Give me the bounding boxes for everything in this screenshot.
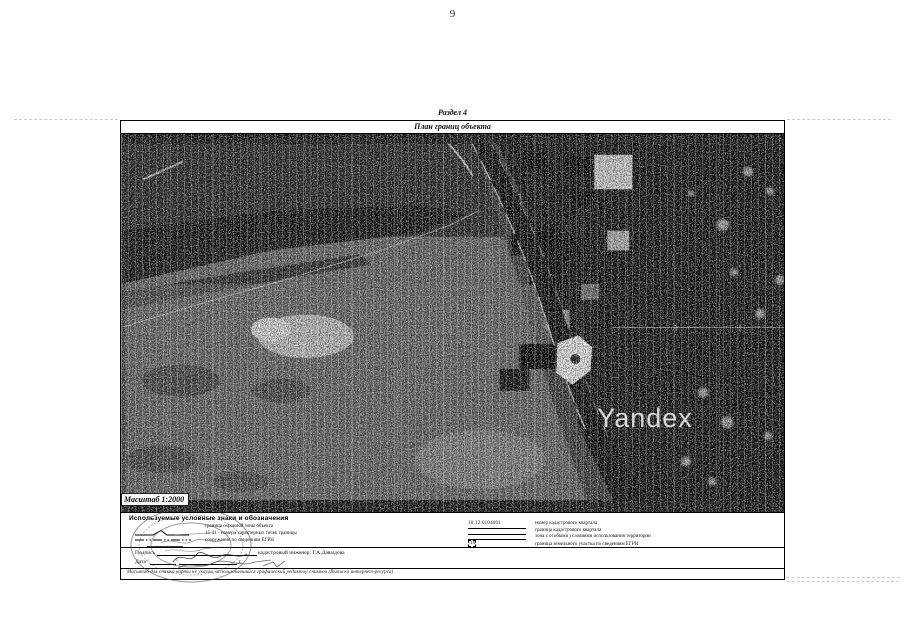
date-line: Дата "" г. [135,559,242,565]
page-number: 9 [0,8,905,20]
satellite-map: Yandex Масштаб 1:2000 [121,134,784,513]
date-blank [150,559,176,565]
divider [121,568,784,569]
legend: Используемые условные знаки и обозначени… [121,513,784,579]
cadastral-number-symbol: 10:12:0104001 [468,521,532,526]
date-blank [179,559,237,565]
footnote: Масштаб для снимка карты не указан, испо… [127,570,393,575]
divider [121,547,784,548]
legend-item-label: зона с особыми условиями использования т… [535,534,651,539]
signature-line: Подпись кадастровый инженер: Г.А.Давыдов… [135,550,345,556]
scan-artifact [787,581,899,582]
legend-item-label: сооружение по сведениям ЕГРН [205,538,274,543]
legend-item-label: граница кадастрового квартала [535,528,601,533]
legend-title: Используемые условные знаки и обозначени… [129,515,288,522]
plan-frame: Раздел 4 План границ объекта [120,107,785,580]
section-label: Раздел 4 [120,107,785,121]
scan-artifact [14,119,118,120]
legend-item-label: граница охранной зоны объекта [205,524,273,529]
legend-item-label: 15-41 - номера характерных точек границы [205,531,297,536]
plan-title: План границ объекта [121,121,784,134]
scale-label: Масштаб 1:2000 [121,493,189,506]
signature-label: Подпись [135,550,155,556]
signature-blank [157,550,257,556]
document-page: { "page": { "number": "9" }, "header": {… [0,0,905,640]
date-label: Дата [135,559,146,565]
date-suffix: г. [239,559,242,565]
legend-item-label: номер кадастрового квартала [535,521,597,526]
satellite-image: Yandex [121,134,784,512]
yandex-watermark: Yandex [597,403,692,433]
scan-artifact [787,119,891,120]
engineer-name: кадастровый инженер: Г.А.Давыдова [258,550,345,556]
